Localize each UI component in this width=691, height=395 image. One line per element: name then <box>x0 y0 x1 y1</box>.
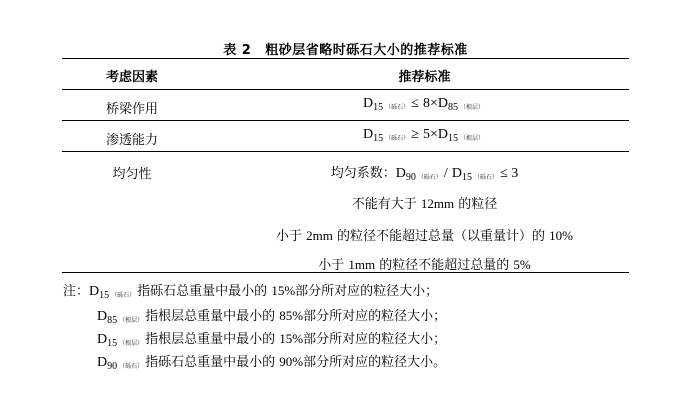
row-formula-uniformity: 均匀系数：D90（砾石）/ D15（砾石）≤ 3 <box>220 162 629 183</box>
uniformity-line-2: 小于 2mm 的粒径不能超过总量（以重量计）的 10% <box>220 225 629 244</box>
row-formula-bridging: D15（砾石）≤ 8×D85（根层） <box>220 96 629 113</box>
header-factor: 考虑因素 <box>62 66 202 85</box>
uniformity-line-1: 不能有大于 12mm 的粒径 <box>220 193 629 212</box>
row-divider <box>62 120 629 121</box>
table-top-rule <box>62 58 629 59</box>
note-prefix: 注： <box>63 284 89 299</box>
table-number: 表 2 <box>223 43 251 58</box>
row-factor-uniformity: 均匀性 <box>62 163 202 182</box>
table-caption: 表 2粗砂层省略时砾石大小的推荐标准 <box>0 39 691 58</box>
row-factor-permeability: 渗透能力 <box>62 129 202 148</box>
row-divider <box>62 151 629 152</box>
header-standard: 推荐标准 <box>220 66 629 85</box>
note-item: 注：D15（砾石）指砾石总重量中最小的 15%部分所对应的粒径大小； <box>63 280 438 301</box>
header-bottom-rule <box>62 89 629 90</box>
row-factor-bridging: 桥梁作用 <box>62 98 202 117</box>
row-formula-permeability: D15（砾石）≥ 5×D15（根层） <box>220 127 629 144</box>
note-item: D90（砾石）指砾石总重量中最小的 90%部分所对应的粒径大小。 <box>97 351 446 372</box>
uniformity-line-3: 小于 1mm 的粒径不能超过总量的 5% <box>220 254 629 273</box>
table-title: 粗砂层省略时砾石大小的推荐标准 <box>265 43 468 58</box>
note-item: D85（根层）指根层总重量中最小的 85%部分所对应的粒径大小； <box>97 305 446 326</box>
note-item: D15（根层）指根层总重量中最小的 15%部分所对应的粒径大小； <box>97 328 446 349</box>
